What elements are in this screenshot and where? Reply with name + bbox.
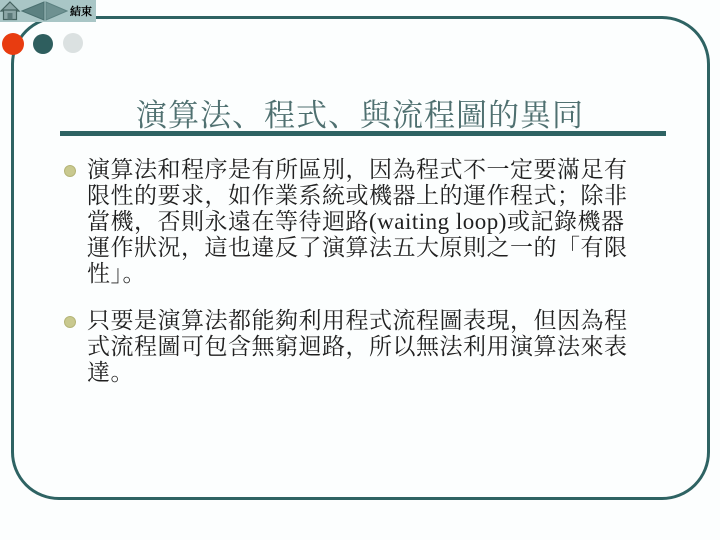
bullet-point-1: 演算法和程序是有所區別，因為程式不一定要滿足有 限性的要求，如作業系統或機器上的… (62, 157, 662, 287)
bullet-1-text: 演算法和程序是有所區別，因為程式不一定要滿足有 限性的要求，如作業系統或機器上的… (87, 157, 628, 287)
forward-arrow-icon (45, 0, 68, 22)
forward-button[interactable] (45, 0, 68, 22)
navigation-toolbar: 結束 (0, 0, 96, 22)
text-line: 達。 (87, 360, 628, 386)
home-button[interactable] (0, 0, 21, 22)
text-line: 限性的要求，如作業系統或機器上的運作程式；除非 (87, 183, 628, 209)
text-line: 演算法和程序是有所區別，因為程式不一定要滿足有 (87, 157, 628, 183)
decorative-circle-gray (63, 33, 83, 53)
bullet-icon (64, 165, 76, 177)
decorative-circle-red (2, 33, 24, 55)
text-line: 運作狀況，這也違反了演算法五大原則之一的「有限 (87, 235, 628, 261)
text-line: 式流程圖可包含無窮迴路，所以無法利用演算法來表 (87, 334, 628, 360)
home-icon (0, 0, 21, 22)
bullet-point-2: 只要是演算法都能夠利用程式流程圖表現，但因為程 式流程圖可包含無窮迴路，所以無法… (62, 308, 662, 386)
back-button[interactable] (21, 0, 45, 22)
slide-title: 演算法、程式、與流程圖的異同 (0, 90, 720, 135)
text-line: 只要是演算法都能夠利用程式流程圖表現，但因為程 (87, 308, 628, 334)
text-line: 性」。 (87, 261, 628, 287)
end-button-label[interactable]: 結束 (70, 3, 92, 19)
slide-body: 演算法和程序是有所區別，因為程式不一定要滿足有 限性的要求，如作業系統或機器上的… (62, 157, 662, 386)
bullet-2-text: 只要是演算法都能夠利用程式流程圖表現，但因為程 式流程圖可包含無窮迴路，所以無法… (87, 308, 628, 386)
title-underline (60, 131, 666, 136)
decorative-circle-teal (33, 34, 53, 54)
text-line: 當機，否則永遠在等待迴路(waiting loop)或記錄機器 (87, 209, 628, 235)
bullet-icon (64, 316, 76, 328)
back-arrow-icon (21, 0, 45, 22)
